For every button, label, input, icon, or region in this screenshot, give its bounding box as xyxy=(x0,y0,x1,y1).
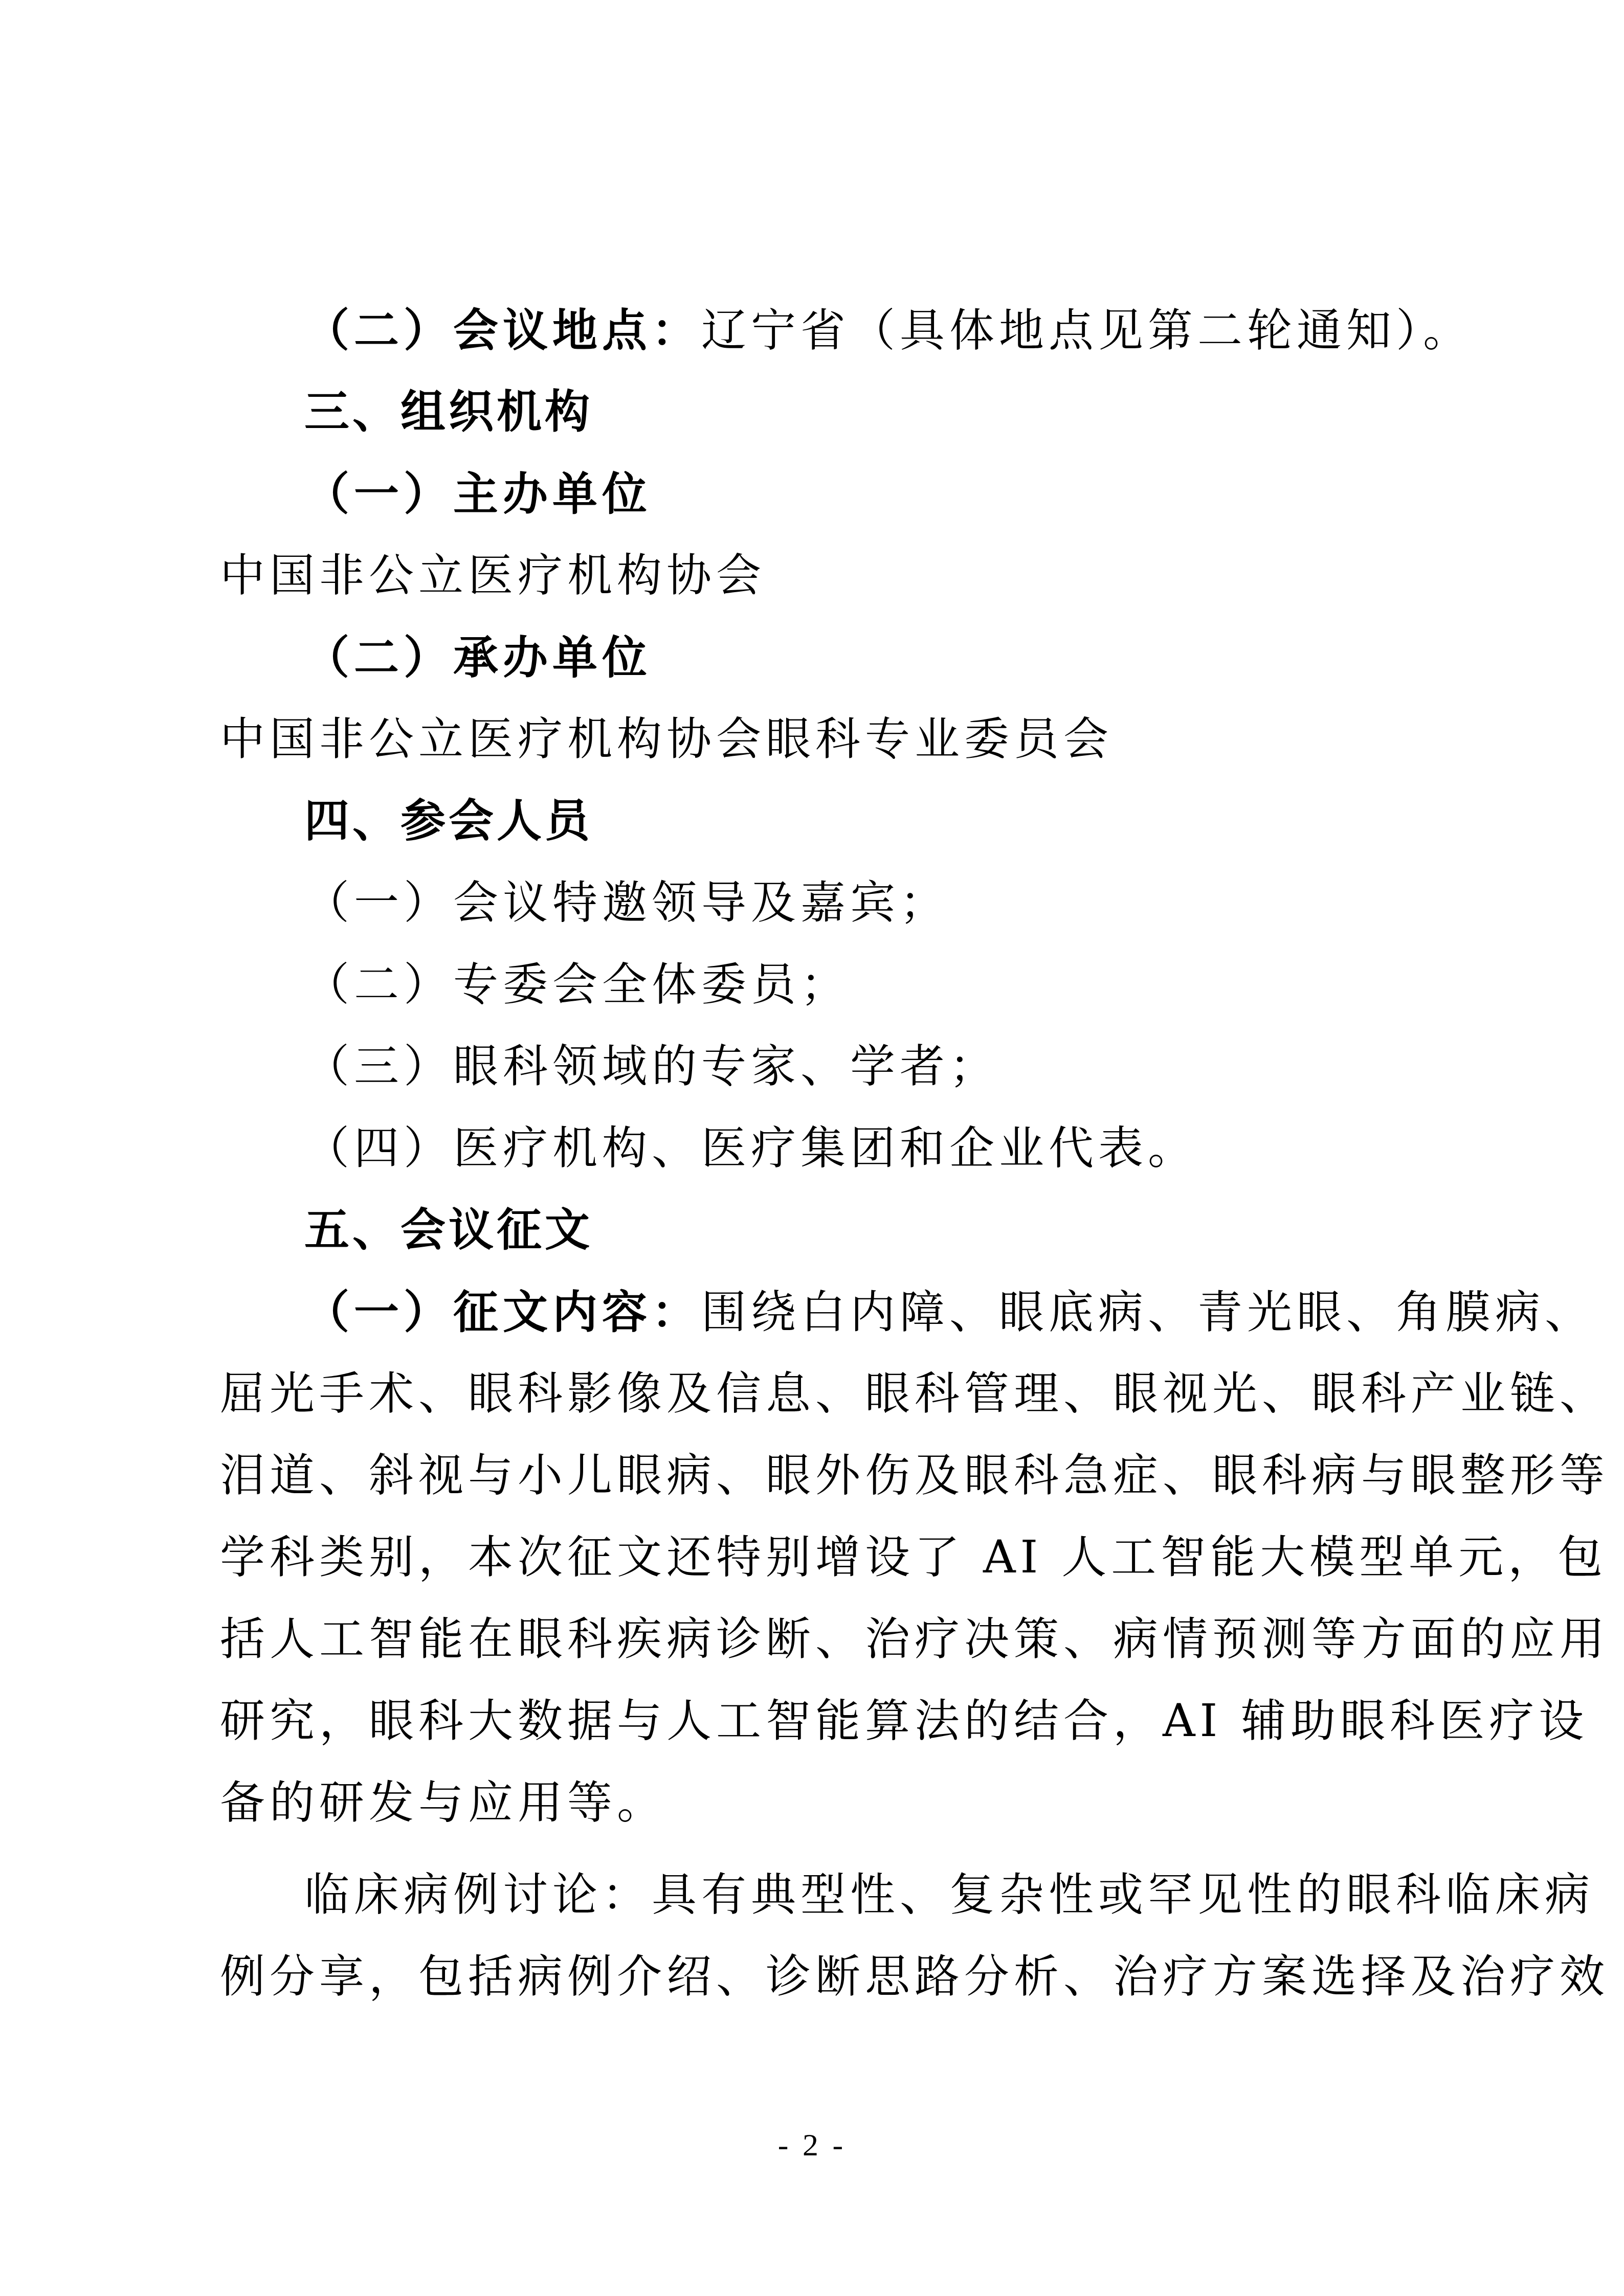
clinical-case-line: 临床病例讨论：具有典型性、复杂性或罕见性的眼科临床病 xyxy=(304,1869,1419,1920)
attendee-item: （三）眼科领域的专家、学者； xyxy=(304,1041,1419,1092)
venue-label: （二）会议地点： xyxy=(304,303,701,356)
paper-content-line: 学科类别，本次征文还特别增设了 AI 人工智能大模型单元，包 xyxy=(220,1532,1419,1583)
paper-content-label: （一）征文内容： xyxy=(304,1285,701,1338)
section-heading-call-for-papers: 五、会议征文 xyxy=(304,1204,1419,1255)
venue-text: 辽宁省（具体地点见第二轮通知）。 xyxy=(701,304,1473,356)
paper-content-text: 围绕白内障、眼底病、青光眼、角膜病、 xyxy=(701,1286,1594,1338)
host-name: 中国非公立医疗机构协会 xyxy=(220,550,1419,601)
clinical-case-line: 例分享，包括病例介绍、诊断思路分析、治疗方案选择及治疗效 xyxy=(220,1951,1419,2002)
paper-content-line: 泪道、斜视与小儿眼病、眼外伤及眼科急症、眼科病与眼整形等 xyxy=(220,1450,1419,1501)
section-heading-organizers: 三、组织机构 xyxy=(304,386,1419,437)
attendee-item: （二）专委会全体委员； xyxy=(304,959,1419,1010)
document-page: （二）会议地点：辽宁省（具体地点见第二轮通知）。 三、组织机构 （一）主办单位 … xyxy=(0,0,1624,2296)
undertaker-name: 中国非公立医疗机构协会眼科专业委员会 xyxy=(220,713,1419,764)
paper-content-line: 括人工智能在眼科疾病诊断、治疗决策、病情预测等方面的应用 xyxy=(220,1613,1419,1664)
attendee-item: （一）会议特邀领导及嘉宾； xyxy=(304,877,1419,928)
host-label: （一）主办单位 xyxy=(304,468,1419,519)
paper-content-line: 备的研发与应用等。 xyxy=(220,1777,1419,1828)
paper-content-line: （一）征文内容：围绕白内障、眼底病、青光眼、角膜病、 xyxy=(304,1286,1419,1338)
attendee-item: （四）医疗机构、医疗集团和企业代表。 xyxy=(304,1122,1419,1174)
page-number: - 2 - xyxy=(0,2125,1624,2166)
paper-content-line: 屈光手术、眼科影像及信息、眼科管理、眼视光、眼科产业链、 xyxy=(220,1368,1419,1419)
venue-line: （二）会议地点：辽宁省（具体地点见第二轮通知）。 xyxy=(304,304,1419,356)
undertaker-label: （二）承办单位 xyxy=(304,632,1419,683)
paper-content-line: 研究，眼科大数据与人工智能算法的结合，AI 辅助眼科医疗设 xyxy=(220,1695,1419,1746)
section-heading-attendees: 四、参会人员 xyxy=(304,795,1419,846)
